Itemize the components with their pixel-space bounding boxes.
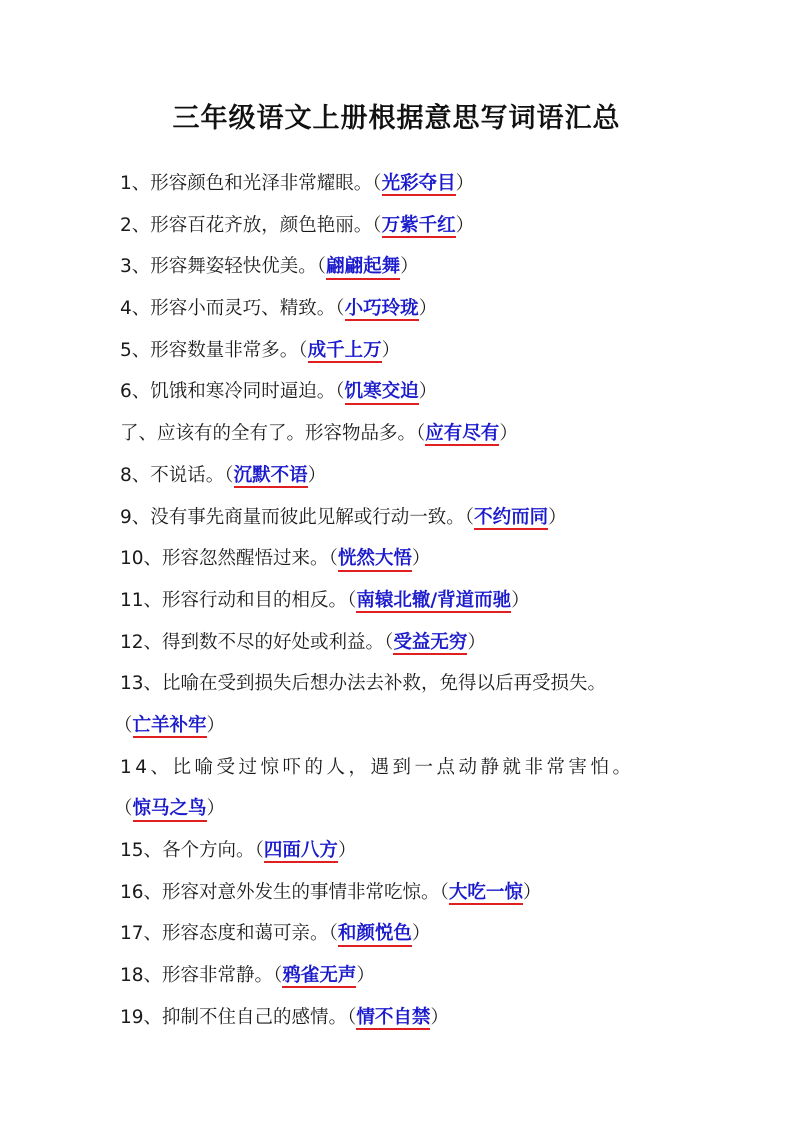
close-paren: ） (400, 256, 419, 277)
item-answer: 大吃一惊 (449, 883, 523, 905)
item-prompt: 、形容小而灵巧、精致。 (132, 298, 336, 319)
list-item: 10、形容忽然醒悟过来。（恍然大悟） (120, 538, 680, 580)
item-prompt: 、不说话。 (132, 465, 225, 486)
item-prompt: 、形容颜色和光泽非常耀眼。 (132, 173, 373, 194)
close-paren: ） (412, 923, 431, 944)
open-paren: （ (335, 298, 344, 319)
item-number: 17 (120, 923, 144, 944)
close-paren: ） (382, 340, 401, 361)
item-prompt: 、形容百花齐放，颜色艳丽。 (132, 215, 373, 236)
list-item: 18、形容非常静。（鸦雀无声） (120, 955, 680, 997)
item-prompt: 、抑制不住自己的感情。 (144, 1007, 348, 1028)
close-paren: ） (419, 381, 438, 402)
close-paren: ） (207, 798, 226, 819)
item-number: 了 (120, 423, 139, 444)
item-answer: 受益无穷 (393, 633, 467, 655)
open-paren: （ (416, 423, 425, 444)
item-answer: 万紫千红 (382, 216, 456, 238)
list-item: 17、形容态度和蔼可亲。（和颜悦色） (120, 913, 680, 955)
open-paren: （ (329, 923, 338, 944)
open-paren: （ (335, 381, 344, 402)
list-item-continuation: （惊马之鸟） (120, 788, 680, 830)
item-prompt: 、形容态度和蔼可亲。 (144, 923, 329, 944)
list-item: 19、抑制不住自己的感情。（情不自禁） (120, 997, 680, 1039)
item-number: 18 (120, 965, 144, 986)
item-prompt: 、比喻受过惊吓的人，遇到一点动静就非常害怕。 (151, 757, 635, 778)
item-prompt: 、各个方向。 (144, 840, 255, 861)
item-prompt: 、得到数不尽的好处或利益。 (144, 632, 385, 653)
list-item: 16、形容对意外发生的事情非常吃惊。（大吃一惊） (120, 872, 680, 914)
item-prompt: 、形容数量非常多。 (132, 340, 299, 361)
item-prompt: 、比喻在受到损失后想办法去补救，免得以后再受损失。 (144, 673, 607, 694)
item-answer: 恍然大悟 (338, 549, 412, 571)
item-answer: 沉默不语 (234, 466, 308, 488)
open-paren: （ (372, 215, 381, 236)
item-answer: 应有尽有 (425, 424, 499, 446)
item-prompt: 、形容舞姿轻快优美。 (132, 256, 317, 277)
item-answer: 四面八方 (264, 841, 338, 863)
close-paren: ） (523, 882, 542, 903)
open-paren: （ (298, 340, 307, 361)
close-paren: ） (456, 173, 475, 194)
close-paren: ） (412, 548, 431, 569)
item-answer: 不约而同 (474, 508, 548, 530)
item-answer: 南辕北辙/背道而驰 (356, 591, 511, 613)
item-answer: 和颜悦色 (338, 924, 412, 946)
item-prompt: 、饥饿和寒冷同时逼迫。 (132, 381, 336, 402)
item-number: 16 (120, 882, 144, 903)
item-prompt: 、没有事先商量而彼此见解或行动一致。 (132, 507, 465, 528)
item-number: 9 (120, 507, 132, 528)
close-paren: ） (430, 1007, 449, 1028)
list-item: 2、形容百花齐放，颜色艳丽。（万紫千红） (120, 205, 680, 247)
item-number: 10 (120, 548, 144, 569)
open-paren: （ (255, 840, 264, 861)
list-item: 13、比喻在受到损失后想办法去补救，免得以后再受损失。 (120, 663, 680, 705)
item-prompt: 、形容对意外发生的事情非常吃惊。 (144, 882, 440, 903)
list-item: 3、形容舞姿轻快优美。（翩翩起舞） (120, 246, 680, 288)
open-paren: （ (347, 1007, 356, 1028)
item-answer: 光彩夺目 (382, 174, 456, 196)
item-number: 19 (120, 1007, 144, 1028)
open-paren: （ (372, 173, 381, 194)
item-number: 15 (120, 840, 144, 861)
close-paren: ） (499, 423, 518, 444)
item-answer: 饥寒交迫 (345, 382, 419, 404)
list-item: 1、形容颜色和光泽非常耀眼。（光彩夺目） (120, 163, 680, 205)
list-item: 11、形容行动和目的相反。（南辕北辙/背道而驰） (120, 580, 680, 622)
close-paren: ） (456, 215, 475, 236)
open-paren: （ (465, 507, 474, 528)
close-paren: ） (207, 715, 226, 736)
list-item: 9、没有事先商量而彼此见解或行动一致。（不约而同） (120, 497, 680, 539)
item-prompt: 、形容忽然醒悟过来。 (144, 548, 329, 569)
open-paren: （ (384, 632, 393, 653)
item-number: 6 (120, 381, 132, 402)
list-item: 12、得到数不尽的好处或利益。（受益无穷） (120, 622, 680, 664)
list-item: 8、不说话。（沉默不语） (120, 455, 680, 497)
item-answer: 成千上万 (308, 341, 382, 363)
list-item: 了、应该有的全有了。形容物品多。（应有尽有） (120, 413, 680, 455)
item-answer: 情不自禁 (356, 1008, 430, 1030)
list-item-continuation: （亡羊补牢） (120, 705, 680, 747)
open-paren: （ (317, 256, 326, 277)
item-answer: 鸦雀无声 (282, 966, 356, 988)
open-paren: （ (114, 715, 133, 736)
item-prompt: 、应该有的全有了。形容物品多。 (139, 423, 417, 444)
idiom-list: 1、形容颜色和光泽非常耀眼。（光彩夺目） 2、形容百花齐放，颜色艳丽。（万紫千红… (120, 163, 680, 1038)
list-item: 5、形容数量非常多。（成千上万） (120, 330, 680, 372)
item-number: 3 (120, 256, 132, 277)
open-paren: （ (440, 882, 449, 903)
list-item: 14、比喻受过惊吓的人，遇到一点动静就非常害怕。 (120, 747, 680, 789)
close-paren: ） (419, 298, 438, 319)
list-item: 4、形容小而灵巧、精致。（小巧玲珑） (120, 288, 680, 330)
open-paren: （ (273, 965, 282, 986)
close-paren: ） (356, 965, 375, 986)
close-paren: ） (338, 840, 357, 861)
item-answer: 亡羊补牢 (133, 716, 207, 738)
item-answer: 惊马之鸟 (133, 799, 207, 821)
item-number: 2 (120, 215, 132, 236)
item-number: 12 (120, 632, 144, 653)
item-prompt: 、形容行动和目的相反。 (144, 590, 348, 611)
open-paren: （ (114, 798, 133, 819)
item-number: 8 (120, 465, 132, 486)
item-number: 11 (120, 590, 144, 611)
item-number: 1 (120, 173, 132, 194)
list-item: 15、各个方向。（四面八方） (120, 830, 680, 872)
item-number: 4 (120, 298, 132, 319)
item-prompt: 、形容非常静。 (144, 965, 274, 986)
open-paren: （ (224, 465, 233, 486)
item-answer: 小巧玲珑 (345, 299, 419, 321)
close-paren: ） (308, 465, 327, 486)
item-answer: 翩翩起舞 (326, 257, 400, 279)
close-paren: ） (548, 507, 567, 528)
open-paren: （ (329, 548, 338, 569)
item-number: 14 (120, 757, 151, 778)
close-paren: ） (511, 590, 530, 611)
page-title: 三年级语文上册根据意思写词语汇总 (0, 96, 793, 135)
list-item: 6、饥饿和寒冷同时逼迫。（饥寒交迫） (120, 371, 680, 413)
open-paren: （ (347, 590, 356, 611)
item-number: 13 (120, 673, 144, 694)
item-number: 5 (120, 340, 132, 361)
close-paren: ） (467, 632, 486, 653)
